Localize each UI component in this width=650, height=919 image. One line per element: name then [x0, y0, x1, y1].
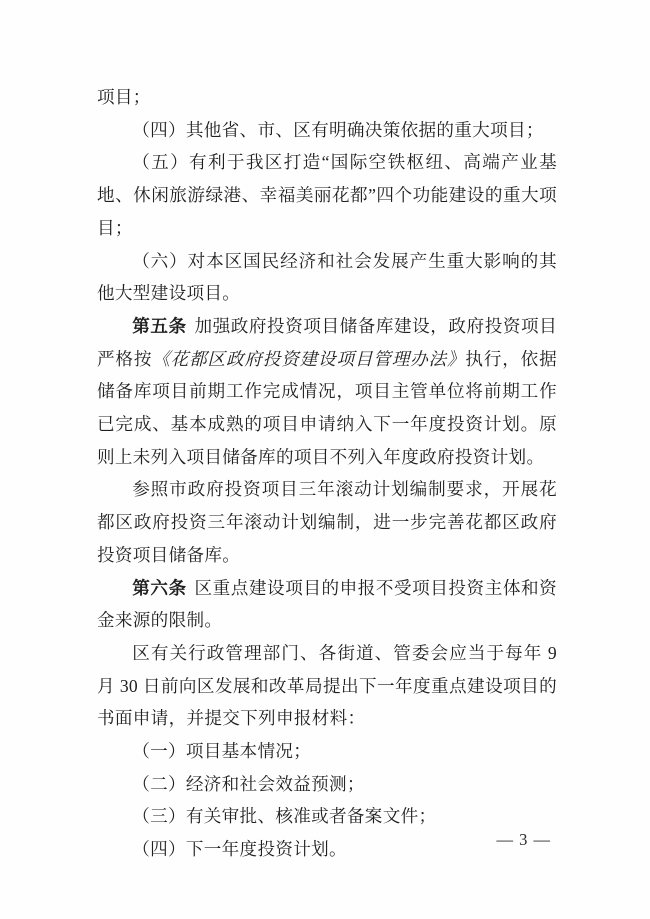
paragraph-continuation: 项目；: [97, 81, 557, 114]
list-item-decision-5: （五）有利于我区打造“国际空铁枢纽、高端产业基地、休闲旅游绿港、幸福美丽花都”四…: [97, 146, 557, 244]
paragraph-article-6: 第六条区重点建设项目的申报不受项目投资主体和资金来源的限制。: [97, 572, 557, 637]
article-6-label: 第六条: [132, 578, 186, 598]
document-body: 项目； （四）其他省、市、区有明确决策依据的重大项目； （五）有利于我区打造“国…: [97, 81, 557, 866]
list-item-material-3: （三）有关审批、核准或者备案文件；: [97, 800, 557, 833]
paragraph-rolling-plan: 参照市政府投资项目三年滚动计划编制要求，开展花都区政府投资三年滚动计划编制，进一…: [97, 473, 557, 571]
list-item-material-1: （一）项目基本情况；: [97, 735, 557, 768]
list-item-decision-6: （六）对本区国民经济和社会发展产生重大影响的其他大型建设项目。: [97, 245, 557, 310]
list-item-material-2: （二）经济和社会效益预测；: [97, 768, 557, 801]
list-item-decision-4: （四）其他省、市、区有明确决策依据的重大项目；: [97, 114, 557, 147]
document-page: 项目； （四）其他省、市、区有明确决策依据的重大项目； （五）有利于我区打造“国…: [0, 0, 650, 919]
book-title-citation: 《花都区政府投资建设项目管理办法》: [152, 349, 465, 369]
page-number: — 3 —: [497, 830, 552, 850]
paragraph-application: 区有关行政管理部门、各街道、管委会应当于每年 9 月 30 日前向区发展和改革局…: [97, 637, 557, 735]
article-5-label: 第五条: [132, 316, 186, 336]
paragraph-article-5: 第五条加强政府投资项目储备库建设，政府投资项目严格按《花都区政府投资建设项目管理…: [97, 310, 557, 474]
list-item-material-4: （四）下一年度投资计划。: [97, 833, 557, 866]
